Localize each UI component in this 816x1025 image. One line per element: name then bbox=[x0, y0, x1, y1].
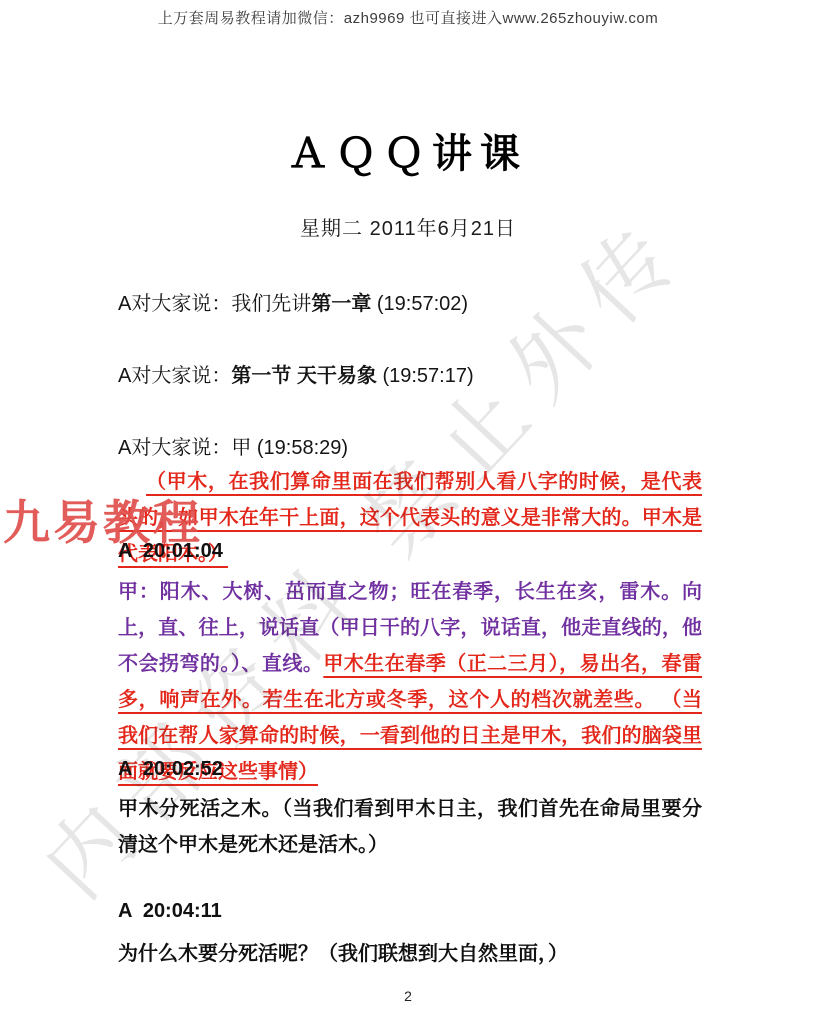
brand-watermark: 九易教程 bbox=[3, 486, 203, 553]
page-title: ＡＱＱ讲课 bbox=[0, 122, 816, 179]
speech-line-1-bold: 第一章 bbox=[311, 293, 371, 315]
page-number: 2 bbox=[0, 988, 816, 1004]
speech-line-1-time: (19:57:02) bbox=[371, 293, 468, 315]
speech-line-1-text: A对大家说：我们先讲 bbox=[118, 293, 311, 315]
paragraph-black-2: 为什么木要分死活呢？（我们联想到大自然里面，） bbox=[118, 936, 702, 972]
timestamp-3: A 20:04:11 bbox=[118, 900, 222, 923]
speech-line-3-text: A对大家说：甲 (19:58:29) bbox=[118, 437, 348, 459]
speech-line-2-text: A对大家说： bbox=[118, 365, 231, 387]
speech-line-2-bold: 第一节 天干易象 bbox=[231, 365, 377, 387]
document-page: 上万套周易教程请加微信：azh9969 也可直接进入www.265zhouyiw… bbox=[0, 0, 816, 1025]
header-note: 上万套周易教程请加微信：azh9969 也可直接进入www.265zhouyiw… bbox=[0, 7, 816, 28]
